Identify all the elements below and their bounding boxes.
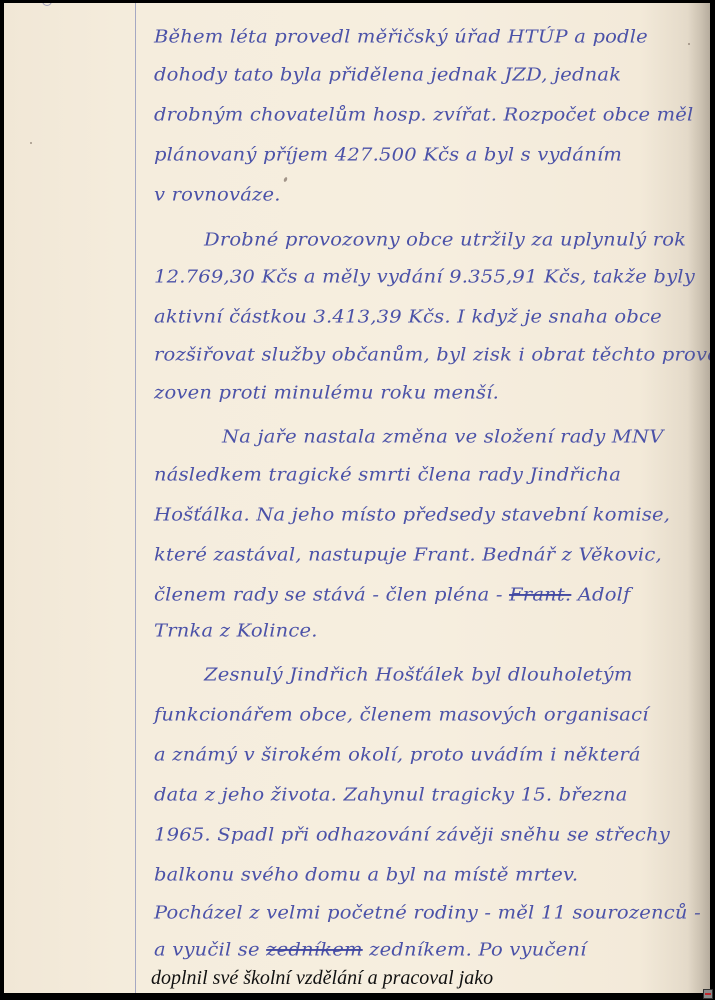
text-line: které zastával, nastupuje Frant. Bednář … (154, 544, 662, 565)
text-line: aktivní částkou 3.413,39 Kčs. I když je … (154, 306, 662, 327)
text-line: plánovaný příjem 427.500 Kčs a byl s vyd… (154, 144, 622, 165)
text-line: v rovnováze. (154, 184, 281, 205)
text-line: členem rady se stává - člen pléna - Fran… (154, 584, 631, 605)
transcription-caption: doplnil své školní vzdělání a pracoval j… (151, 967, 493, 990)
text-fragment: členem rady se stává - člen pléna - (154, 584, 509, 605)
margin-line (135, 3, 136, 993)
text-line: drobným chovatelům hosp. zvířat. Rozpoče… (154, 104, 693, 125)
text-line: Trnka z Kolince. (154, 620, 318, 641)
text-line: dohody tato byla přidělena jednak JZD, j… (154, 64, 621, 85)
text-line: 12.769,30 Kčs a měly vydání 9.355,91 Kčs… (154, 266, 695, 287)
document-page: Během léta provedl měřičský úřad HTÚP a … (4, 3, 710, 993)
stray-mark (688, 43, 690, 45)
minimize-icon[interactable] (703, 989, 713, 999)
text-line: Zesnulý Jindřich Hošťálek byl dlouholetý… (204, 664, 633, 685)
text-line: balkonu svého domu a byl na místě mrtev. (154, 864, 578, 885)
text-line: funkcionářem obce, členem masových organ… (154, 704, 649, 725)
text-line: a vyučil se zedníkem zedníkem. Po vyučen… (154, 939, 587, 960)
text-line: data z jeho života. Zahynul tragicky 15.… (154, 784, 628, 805)
text-line: Na jaře nastala změna ve složení rady MN… (222, 426, 664, 447)
text-line: následkem tragické smrti člena rady Jind… (154, 464, 621, 485)
text-line: zoven proti minulému roku menší. (154, 382, 499, 403)
text-line: Pocházel z velmi početné rodiny - měl 11… (154, 902, 701, 923)
text-fragment: Adolf (571, 584, 630, 605)
text-line: Hošťálka. Na jeho místo předsedy stavebn… (154, 504, 670, 525)
text-line: Drobné provozovny obce utržily za uplynu… (204, 229, 686, 250)
stray-mark (283, 177, 288, 183)
ink-fragment (42, 3, 52, 6)
text-fragment: zedníkem. Po vyučení (363, 939, 587, 960)
text-line: rozšiřovat služby občanům, byl zisk i ob… (154, 344, 710, 365)
struck-word: Frant. (509, 584, 571, 605)
text-line: Během léta provedl měřičský úřad HTÚP a … (154, 26, 648, 47)
text-line: a známý v širokém okolí, proto uvádím i … (154, 744, 641, 765)
text-fragment: a vyučil se (154, 939, 266, 960)
struck-word: zedníkem (266, 939, 363, 960)
text-line: 1965. Spadl při odhazování závěji sněhu … (154, 824, 670, 845)
stray-mark (30, 142, 32, 144)
